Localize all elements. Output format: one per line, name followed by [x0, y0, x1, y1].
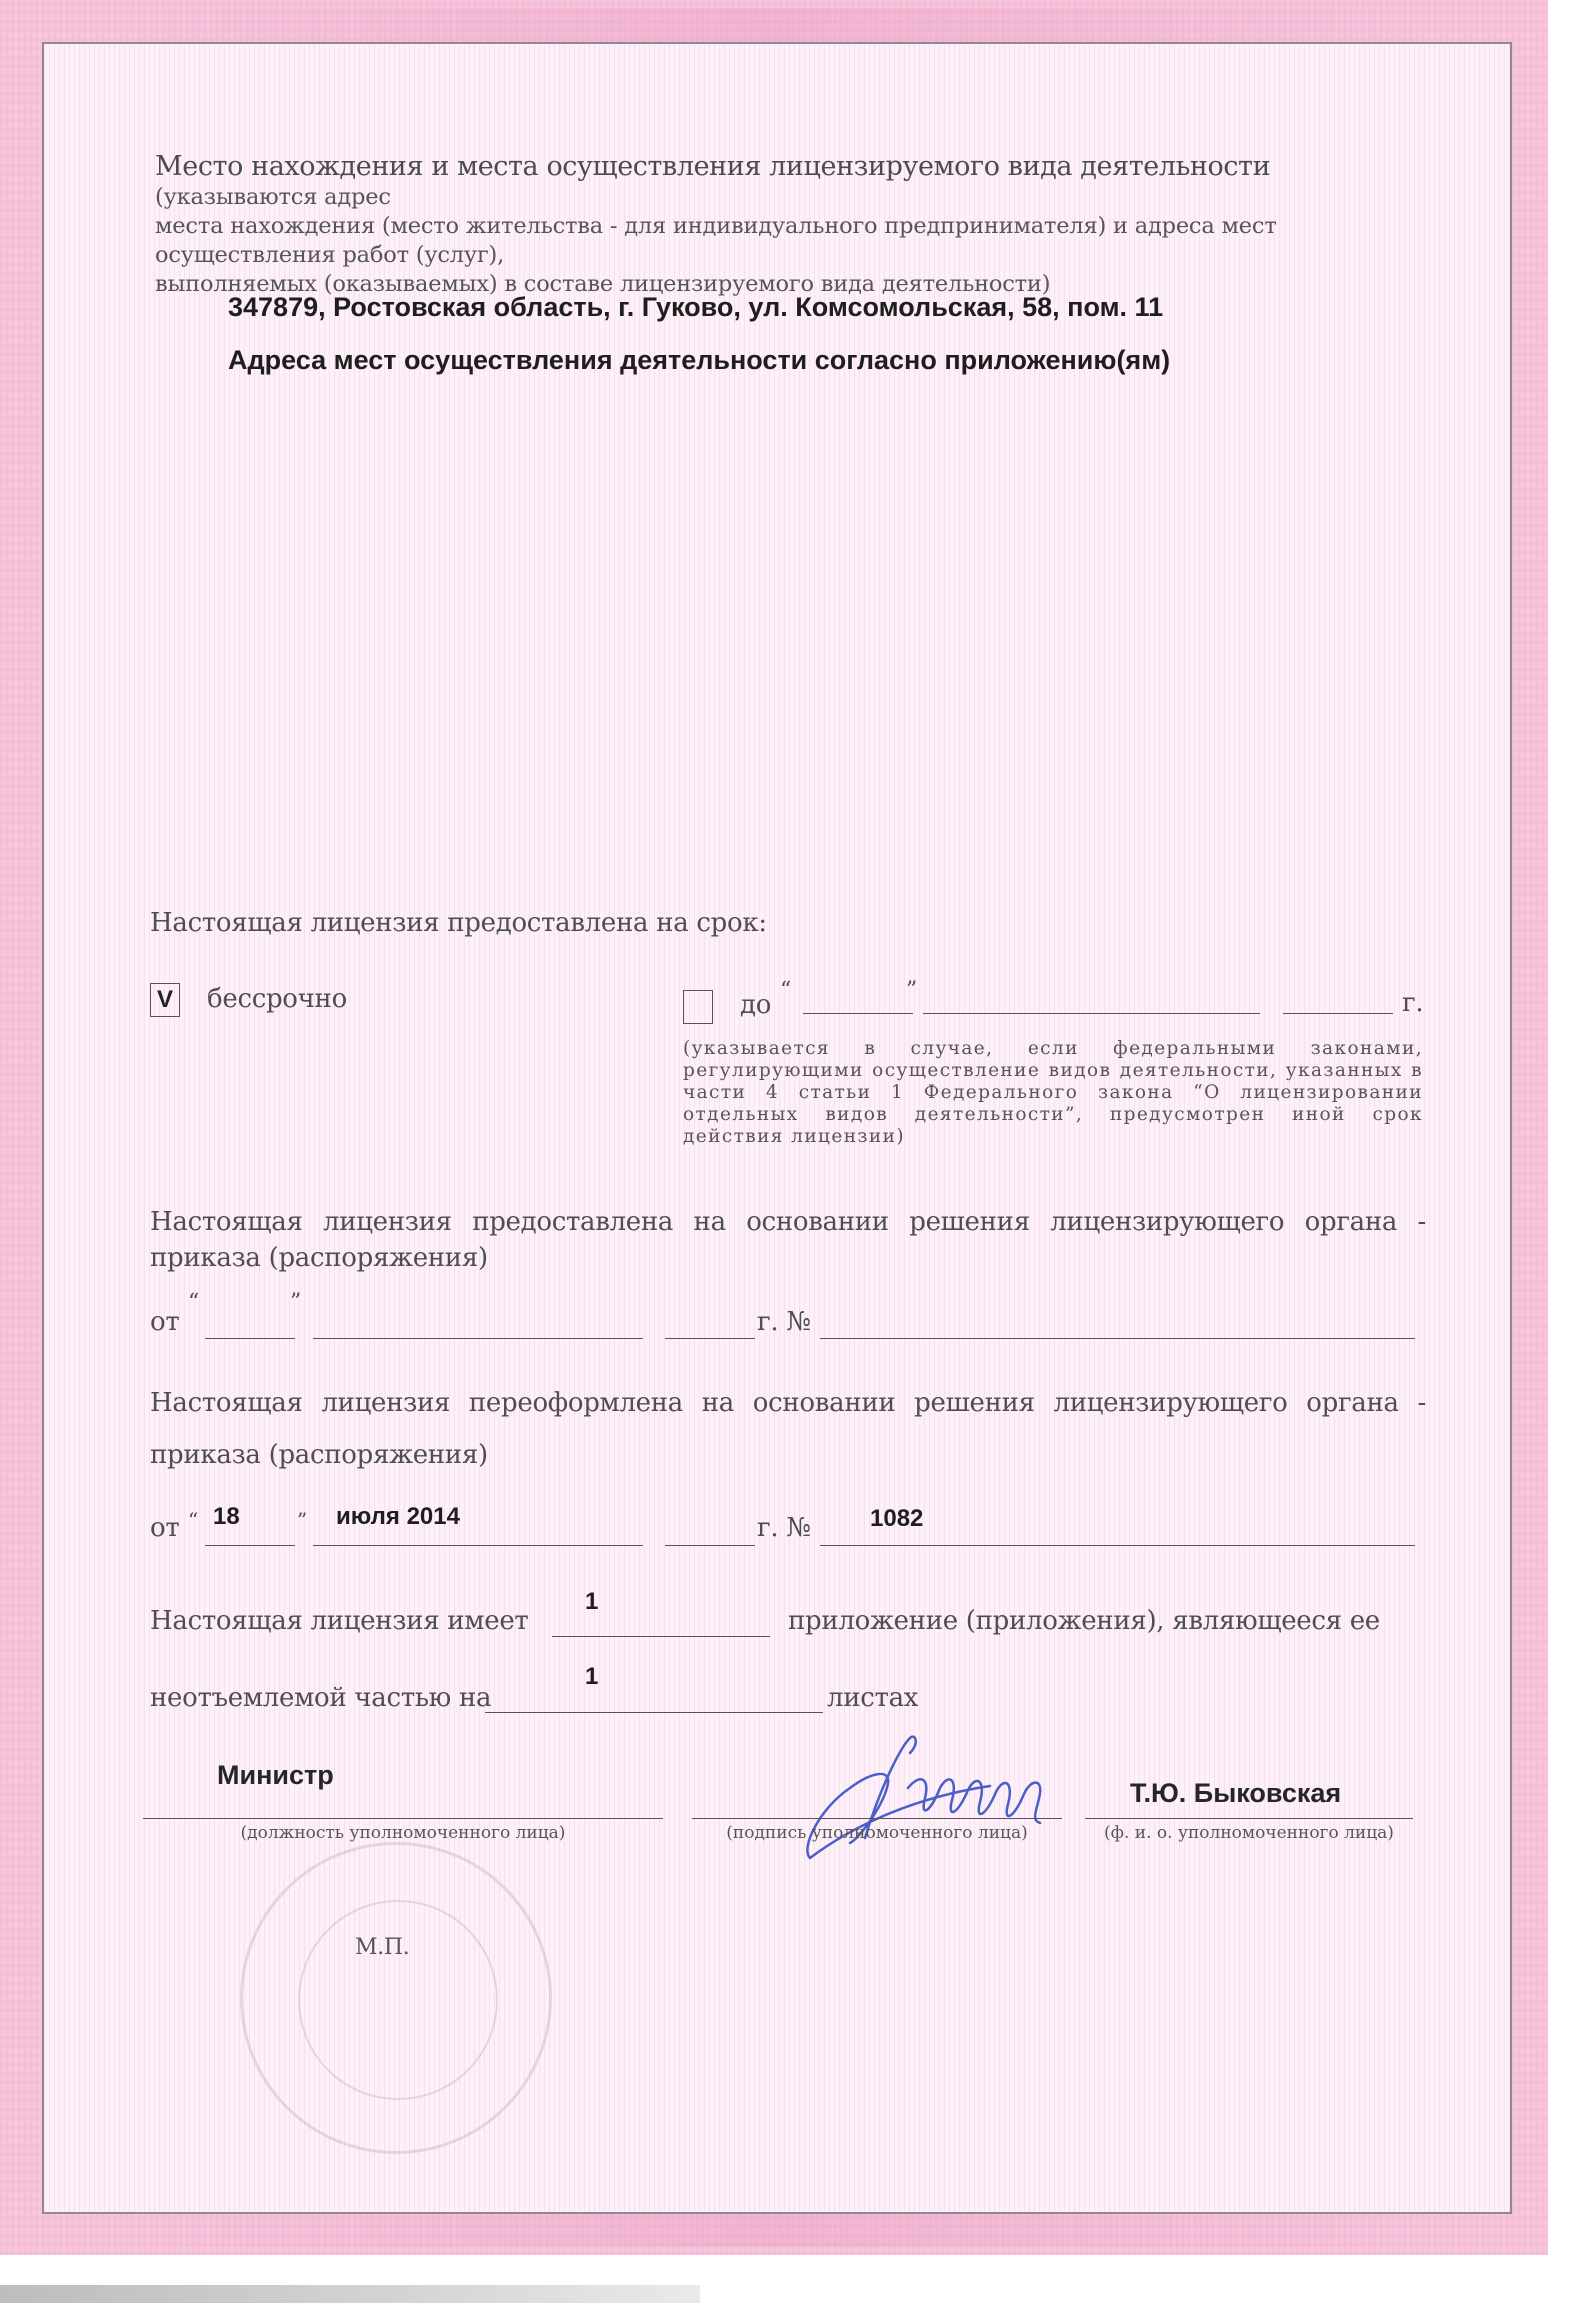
signature-line: [692, 1818, 1062, 1819]
reissued-open-quote: “: [188, 1508, 198, 1532]
signature-caption: (подпись уполномоченного лица): [692, 1823, 1062, 1843]
signature-icon: [790, 1728, 1080, 1878]
until-open-quote: “: [780, 978, 791, 1003]
until-month-field[interactable]: [923, 1013, 1260, 1014]
reissued-day-field[interactable]: [205, 1545, 295, 1546]
heading-note: (указываются адрес: [155, 184, 391, 210]
unlimited-checkbox[interactable]: V: [150, 983, 180, 1017]
term-label: Настоящая лицензия предоставлена на срок…: [150, 908, 767, 938]
official-position: Министр: [217, 1760, 334, 1791]
granted-number-label: г. №: [757, 1307, 811, 1337]
granted-basis-line1: Настоящая лицензия предоставлена на осно…: [150, 1207, 1426, 1237]
granted-day-field[interactable]: [205, 1338, 295, 1339]
reissued-year-field[interactable]: [665, 1545, 755, 1546]
appendix-count-field[interactable]: [552, 1636, 770, 1637]
until-date-checkbox[interactable]: [683, 990, 713, 1024]
granted-month-field[interactable]: [313, 1338, 643, 1339]
stamp-label: М.П.: [355, 1935, 410, 1960]
heading-line2: места нахождения (место жительства - для…: [155, 213, 1277, 268]
appendix-line2-before: неотъемлемой частью на: [150, 1683, 491, 1713]
check-mark-icon: V: [151, 984, 179, 1016]
reissued-month-value: июля 2014: [336, 1503, 460, 1531]
position-caption: (должность уполномоченного лица): [143, 1823, 663, 1843]
until-label: до: [740, 990, 771, 1020]
reissued-basis-line2: приказа (распоряжения): [150, 1440, 488, 1470]
location-heading: Место нахождения и места осуществления л…: [155, 152, 1435, 299]
unlimited-label: бессрочно: [207, 984, 347, 1014]
scan-edge: [0, 2285, 700, 2303]
granted-close-quote: ”: [290, 1290, 301, 1315]
reissued-month-field[interactable]: [313, 1545, 643, 1546]
reissued-basis-line1: Настоящая лицензия переоформлена на осно…: [150, 1388, 1426, 1418]
appendix-line2-after: листах: [827, 1683, 918, 1713]
granted-open-quote: “: [188, 1290, 199, 1315]
granted-basis-line2: приказа (распоряжения): [150, 1243, 488, 1273]
until-year-suffix: г.: [1402, 988, 1423, 1018]
appendix-line1-after: приложение (приложения), являющееся ее: [788, 1606, 1380, 1636]
reissued-from-label: от: [150, 1513, 179, 1543]
heading-main: Место нахождения и места осуществления л…: [155, 151, 1270, 182]
name-line: [1085, 1818, 1413, 1819]
address-line: 347879, Ростовская область, г. Гуково, у…: [228, 292, 1163, 323]
reissued-close-quote: ”: [297, 1508, 307, 1532]
appendix-sheets-value: 1: [585, 1663, 598, 1691]
term-note: (указывается в случае, если федеральными…: [683, 1038, 1423, 1148]
reissued-number-field[interactable]: [820, 1545, 1415, 1546]
official-name: Т.Ю. Быковская: [1130, 1778, 1341, 1809]
reissued-number-label: г. №: [757, 1513, 811, 1543]
appendix-line1-before: Настоящая лицензия имеет: [150, 1606, 528, 1636]
until-year-field[interactable]: [1283, 1013, 1393, 1014]
name-caption: (ф. и. о. уполномоченного лица): [1085, 1823, 1413, 1843]
reissued-number-value: 1082: [870, 1505, 923, 1533]
position-line: [143, 1818, 663, 1819]
reissued-day-value: 18: [213, 1503, 240, 1531]
granted-from-label: от: [150, 1307, 179, 1337]
granted-year-field[interactable]: [665, 1338, 755, 1339]
appendix-count-value: 1: [585, 1588, 598, 1616]
appendix-sheets-field[interactable]: [485, 1712, 823, 1713]
activity-addresses-line: Адреса мест осуществления деятельности с…: [228, 345, 1170, 376]
granted-number-field[interactable]: [820, 1338, 1415, 1339]
until-close-quote: ”: [906, 978, 917, 1003]
official-stamp: [240, 1842, 552, 2154]
until-day-field[interactable]: [803, 1013, 913, 1014]
